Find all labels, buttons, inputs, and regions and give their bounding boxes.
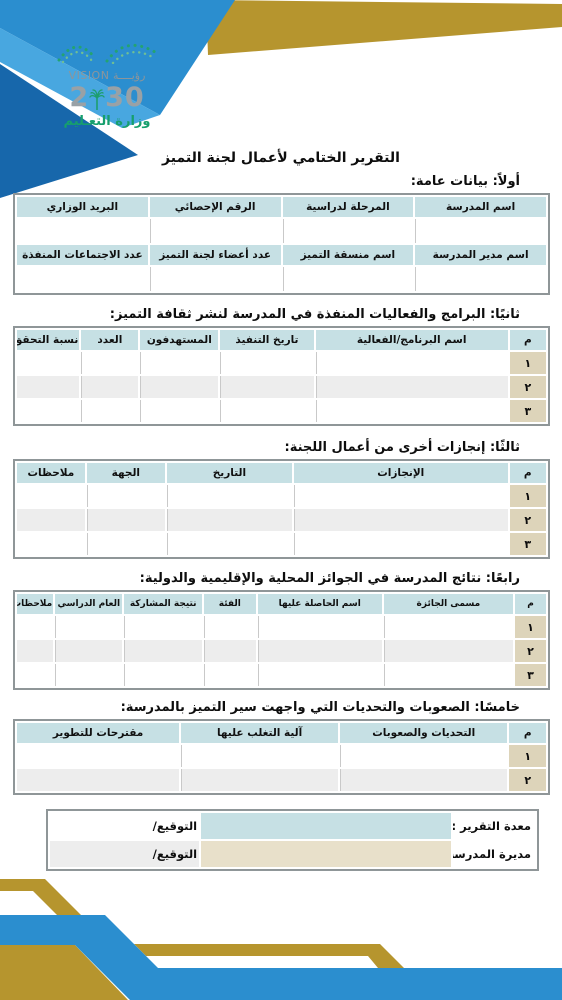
section-heading-awards: رابعًا: نتائج المدرسة في الجوائز المحلية… [0,571,520,586]
empty-field-cell [87,485,165,507]
row-number-cell: ٢ [515,640,546,662]
empty-field-cell [140,376,218,398]
empty-field-cell [140,400,218,422]
table-row: ٢ [17,769,546,791]
empty-field-cell [81,352,138,374]
report-preparer-label: معدة التقرير : [453,813,535,839]
header-cell: م [510,463,546,483]
empty-field-cell [283,267,414,291]
empty-field-cell [384,664,513,686]
table-header-row: م الإنجازات التاريخ الجهة ملاحظات [17,463,546,483]
empty-field-cell [150,267,281,291]
header-cell: اسم المدرسة [415,197,546,217]
table-header-row: اسم مدير المدرسة اسم منسقة التميز عدد أع… [17,245,546,265]
row-number-cell: ٢ [509,769,546,791]
empty-field-cell [17,640,53,662]
empty-field-cell [294,533,508,555]
header-cell: م [515,594,546,614]
table-row: ١ [17,352,546,374]
page-title: التقرير الختامي لأعمال لجنة التميز [0,150,562,166]
table-row: ٣ [17,533,546,555]
header-cell: البريد الوزاري [17,197,148,217]
empty-field-cell [181,745,338,767]
awards-table: م مسمى الجائزة اسم الحاصلة عليها الفئة ن… [13,590,550,690]
signature-label: التوقيع/ [50,841,199,867]
row-number-cell: ١ [510,352,546,374]
header-cell: التحديات والصعوبات [340,723,507,743]
table-row: ١ [17,485,546,507]
header-cell: ملاحظات [17,594,53,614]
school-principal-label: مديرة المدرسة: [453,841,535,867]
empty-field-cell [17,664,53,686]
row-number-cell: ٣ [515,664,546,686]
header-cell: نسبة التحقق [17,330,79,350]
empty-field-cell [384,616,513,638]
empty-field-cell [415,219,546,243]
signature-label: التوقيع/ [50,813,199,839]
empty-field-cell [81,376,138,398]
empty-field-cell [201,813,451,839]
header-cell: اسم الحاصلة عليها [258,594,382,614]
empty-field-cell [55,616,122,638]
empty-field-cell [17,533,85,555]
header-cell: الجهة [87,463,165,483]
header-cell: المرحلة لدراسية [283,197,414,217]
empty-field-cell [294,485,508,507]
empty-field-cell [220,376,313,398]
empty-field-cell [167,509,292,531]
empty-field-cell [17,219,148,243]
empty-field-cell [316,400,508,422]
empty-field-cell [316,352,508,374]
table-row: ٢ [17,640,546,662]
empty-field-cell [55,640,122,662]
row-number-cell: ٣ [510,400,546,422]
table-row: ١ [17,745,546,767]
achievements-table: م الإنجازات التاريخ الجهة ملاحظات ١ ٢ ٣ [13,459,550,559]
table-header-row: اسم المدرسة المرحلة لدراسية الرقم الإحصا… [17,197,546,217]
header-cell: آلية التغلب عليها [181,723,338,743]
table-header-row: م اسم البرنامج/الفعالية تاريخ التنفيذ ال… [17,330,546,350]
empty-field-cell [204,664,256,686]
row-number-cell: ٣ [510,533,546,555]
empty-field-cell [258,616,382,638]
report-page: رؤيــــة VISION 2 30 وزارة التعـليم التق… [0,0,562,1000]
empty-field-cell [181,769,338,791]
empty-field-cell [17,745,179,767]
empty-field-cell [17,485,85,507]
header-cell: ملاحظات [17,463,85,483]
empty-field-cell [204,640,256,662]
row-number-cell: ٢ [510,509,546,531]
header-cell: تاريخ التنفيذ [220,330,313,350]
challenges-table: م التحديات والصعوبات آلية التغلب عليها م… [13,719,550,795]
empty-field-cell [340,745,507,767]
document-content: التقرير الختامي لأعمال لجنة التميز أولاً… [0,0,562,1000]
empty-field-cell [316,376,508,398]
empty-field-cell [167,485,292,507]
empty-field-cell [220,400,313,422]
header-cell: مقترحات للتطوير [17,723,179,743]
table-row [17,219,546,243]
header-cell: م [510,330,546,350]
table-row: ٢ [17,376,546,398]
table-row: ٢ [17,509,546,531]
empty-field-cell [415,267,546,291]
empty-field-cell [87,533,165,555]
header-cell: م [509,723,546,743]
section-heading-achievements: ثالثًا: إنجازات أخرى من أعمال اللجنة: [0,440,520,455]
header-cell: الفئة [204,594,256,614]
empty-field-cell [17,352,79,374]
header-cell: نتيجة المشاركة [124,594,202,614]
empty-field-cell [55,664,122,686]
empty-field-cell [17,267,148,291]
empty-field-cell [17,376,79,398]
empty-field-cell [167,533,292,555]
section-heading-challenges: خامسًا: الصعوبات والتحديات التي واجهت سي… [0,700,520,715]
header-cell: اسم البرنامج/الفعالية [316,330,508,350]
empty-field-cell [220,352,313,374]
empty-field-cell [17,400,79,422]
signature-row: مديرة المدرسة: التوقيع/ [50,841,535,867]
table-header-row: م مسمى الجائزة اسم الحاصلة عليها الفئة ن… [17,594,546,614]
empty-field-cell [17,509,85,531]
section-heading-programs: ثانيًا: البرامج والفعاليات المنفذة في ال… [0,307,520,322]
programs-table: م اسم البرنامج/الفعالية تاريخ التنفيذ ال… [13,326,550,426]
table-row [17,267,546,291]
header-cell: الرقم الإحصائي [150,197,281,217]
empty-field-cell [204,616,256,638]
empty-field-cell [258,664,382,686]
header-cell: الإنجازات [294,463,508,483]
empty-field-cell [17,769,179,791]
empty-field-cell [17,616,53,638]
empty-field-cell [384,640,513,662]
section-heading-general: أولاً: بيانات عامة: [0,174,520,189]
general-info-table: اسم المدرسة المرحلة لدراسية الرقم الإحصا… [13,193,550,295]
signature-row: معدة التقرير : التوقيع/ [50,813,535,839]
signature-table: معدة التقرير : التوقيع/ مديرة المدرسة: ا… [46,809,539,871]
empty-field-cell [140,352,218,374]
table-header-row: م التحديات والصعوبات آلية التغلب عليها م… [17,723,546,743]
header-cell: عدد الاجتماعات المنفذة [17,245,148,265]
empty-field-cell [294,509,508,531]
row-number-cell: ٢ [510,376,546,398]
header-cell: مسمى الجائزة [384,594,513,614]
empty-field-cell [124,664,202,686]
empty-field-cell [340,769,507,791]
header-cell: المستهدفون [140,330,218,350]
row-number-cell: ١ [515,616,546,638]
header-cell: اسم مدير المدرسة [415,245,546,265]
table-row: ٣ [17,664,546,686]
header-cell: عدد أعضاء لجنة التميز [150,245,281,265]
header-cell: العدد [81,330,138,350]
header-cell: اسم منسقة التميز [283,245,414,265]
empty-field-cell [81,400,138,422]
empty-field-cell [87,509,165,531]
header-cell: التاريخ [167,463,292,483]
empty-field-cell [258,640,382,662]
table-row: ١ [17,616,546,638]
empty-field-cell [124,616,202,638]
row-number-cell: ١ [509,745,546,767]
empty-field-cell [150,219,281,243]
row-number-cell: ١ [510,485,546,507]
empty-field-cell [283,219,414,243]
empty-field-cell [124,640,202,662]
table-row: ٣ [17,400,546,422]
empty-field-cell [201,841,451,867]
header-cell: العام الدراسي [55,594,122,614]
